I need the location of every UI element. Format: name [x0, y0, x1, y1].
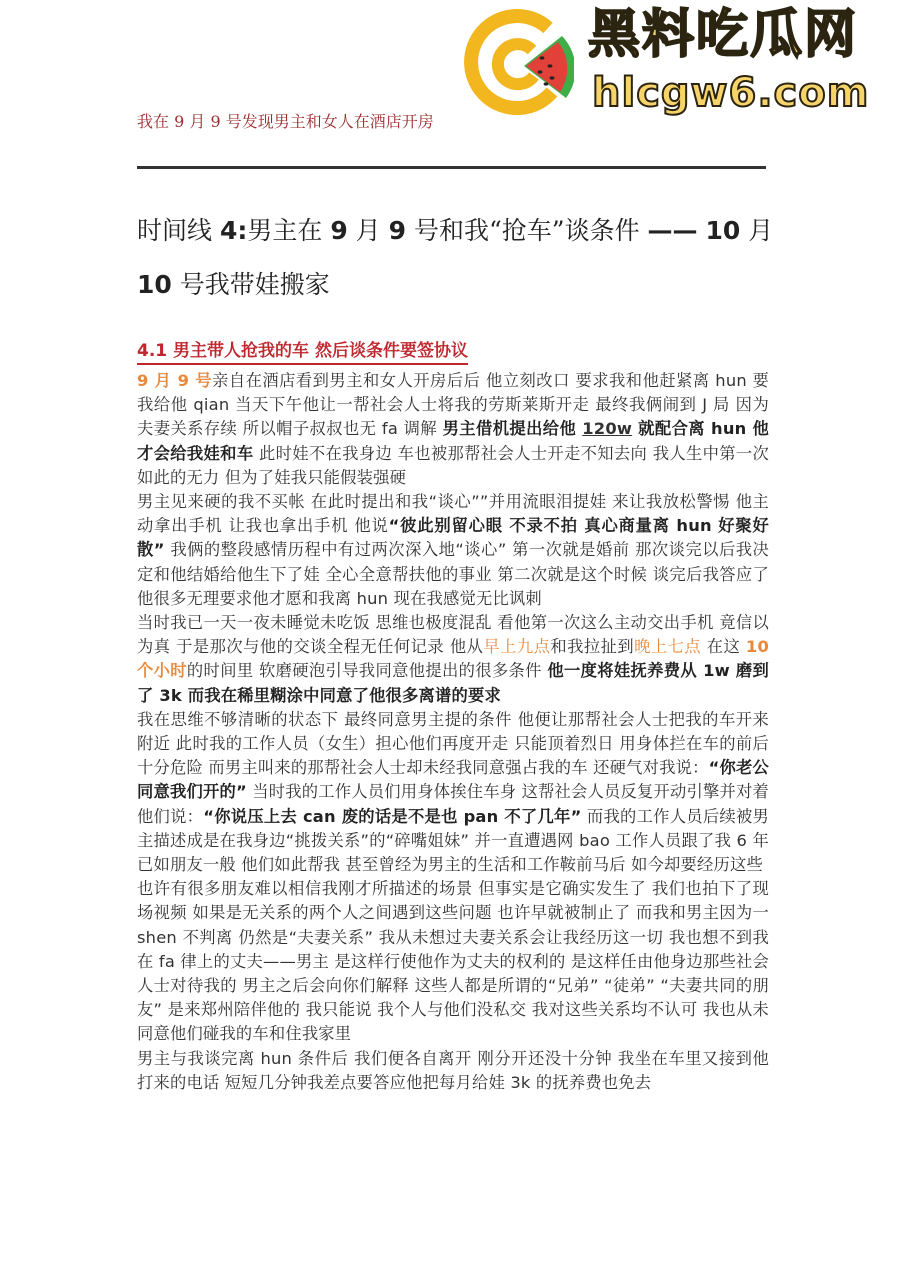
section-title: 4.1 男主带人抢我的车 然后谈条件要签协议 [137, 336, 468, 365]
text-segment: 的时间里 软磨硬泡引导我同意他提出的很多条件 [187, 661, 547, 680]
highlighted-text: 早上九点 [483, 637, 550, 656]
heading-number: 10 [137, 270, 172, 299]
article-body: 9 月 9 号亲自在酒店看到男主和女人开房后后 他立刻改口 要求我和他赶紧离 h… [137, 369, 769, 1095]
heading-number: 9 [330, 216, 347, 245]
text-segment: 也许有很多朋友难以相信我刚才所描述的场景 但事实是它确实发生了 我们也拍下了现场… [137, 879, 769, 1043]
document-page: 黑料吃瓜网 hlcgw6.com 我在 9 月 9 号发现男主和女人在酒店开房 … [0, 0, 904, 1280]
divider [137, 166, 766, 169]
heading-text: 月 [356, 216, 381, 245]
heading-text: 号和我“抢车”谈条件 [414, 216, 640, 245]
text-segment: 我在思维不够清晰的状态下 最终同意男主提的条件 他便让那帮社会人士把我的车开来附… [137, 710, 769, 777]
heading-text: 月 [748, 216, 773, 245]
highlighted-text: 男主借机提出给他 [443, 419, 583, 438]
heading-number: 9 [389, 216, 406, 245]
logo-title: 黑料吃瓜网 [588, 4, 858, 66]
heading-text: 时间线 [137, 216, 212, 245]
watermelon-logo-icon [462, 6, 574, 118]
text-segment: 和我拉扯到 [550, 637, 634, 656]
highlighted-text: 120w [582, 419, 632, 438]
paragraph: 当时我已一天一夜未睡觉未吃饭 思维也极度混乱 看他第一次这么主动交出手机 竟信以… [137, 611, 769, 708]
paragraph: 男主与我谈完离 hun 条件后 我们便各自离开 刚分开还没十分钟 我坐在车里又接… [137, 1047, 769, 1095]
highlighted-text: 9 月 9 号 [137, 371, 212, 390]
paragraph: 我在思维不够清晰的状态下 最终同意男主提的条件 他便让那帮社会人士把我的车开来附… [137, 708, 769, 877]
heading-number: 10 [706, 216, 741, 245]
text-segment: 我俩的整段感情历程中有过两次深入地“谈心” 第一次就是婚前 那次谈完以后我决定和… [137, 540, 769, 607]
logo-url[interactable]: hlcgw6.com [592, 70, 869, 116]
heading-text: 男主在 [247, 216, 322, 245]
site-logo[interactable]: 黑料吃瓜网 hlcgw6.com [462, 2, 902, 120]
paragraph: 男主见来硬的我不买帐 在此时提出和我“谈心””并用流眼泪提娃 来让我放松警惕 他… [137, 490, 769, 611]
text-segment: 男主与我谈完离 hun 条件后 我们便各自离开 刚分开还没十分钟 我坐在车里又接… [137, 1049, 769, 1092]
timeline-heading: 时间线 4:男主在 9 月 9 号和我“抢车”谈条件 —— 10 月 10 号我… [137, 204, 777, 312]
paragraph: 也许有很多朋友难以相信我刚才所描述的场景 但事实是它确实发生了 我们也拍下了现场… [137, 877, 769, 1046]
image-caption: 我在 9 月 9 号发现男主和女人在酒店开房 [137, 109, 434, 132]
heading-dash: —— [648, 216, 698, 245]
heading-number: 4: [220, 216, 247, 245]
highlighted-text: 晚上七点 [634, 637, 701, 656]
text-segment: 在这 [701, 637, 746, 656]
heading-text: 号我带娃搬家 [180, 270, 330, 299]
highlighted-text: “你说压上去 can 废的话是不是也 pan 不了几年” [203, 807, 581, 826]
paragraph: 9 月 9 号亲自在酒店看到男主和女人开房后后 他立刻改口 要求我和他赶紧离 h… [137, 369, 769, 490]
